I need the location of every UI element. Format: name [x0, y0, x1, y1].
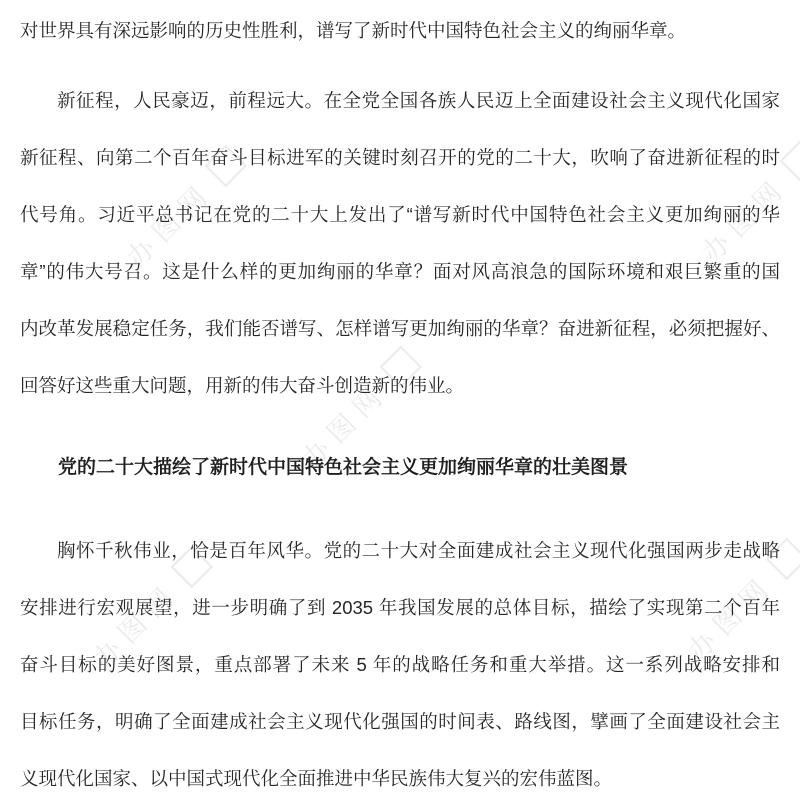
text-line: 胸怀千秋伟业，恰是百年风华。党的二十大对全面建成社会主义现代化强国两步走战略 [20, 522, 780, 579]
text-line: 目标任务，明确了全面建成社会主义现代化强国的时间表、路线图，擘画了全面建设社会主 [20, 693, 780, 750]
document-body: 对世界具有深远影响的历史性胜利，谱写了新时代中国特色社会主义的绚丽华章。 新征程… [0, 0, 800, 800]
text-line: 对世界具有深远影响的历史性胜利，谱写了新时代中国特色社会主义的绚丽华章。 [20, 2, 780, 59]
text-line: 义现代化国家、以中国式现代化全面推进中华民族伟大复兴的宏伟蓝图。 [20, 750, 780, 800]
text-line: 代号角。习近平总书记在党的二十大上发出了“谱写新时代中国特色社会主义更加绚丽的华 [20, 186, 780, 243]
text-line: 奋斗目标的美好图景，重点部署了未来 5 年的战略任务和重大举措。这一系列战略安排… [20, 636, 780, 693]
text-line: 内改革发展稳定任务，我们能否谱写、怎样谱写更加绚丽的华章？奋进新征程，必须把握好… [20, 300, 780, 357]
section-heading: 党的二十大描绘了新时代中国特色社会主义更加绚丽华章的壮美图景 [20, 439, 780, 496]
text-line: 新征程，人民豪迈，前程远大。在全党全国各族人民迈上全面建设社会主义现代化国家 [20, 72, 780, 129]
text-line: 新征程、向第二个百年奋斗目标进军的关键时刻召开的党的二十大，吹响了奋进新征程的时 [20, 129, 780, 186]
paragraph-continuation: 对世界具有深远影响的历史性胜利，谱写了新时代中国特色社会主义的绚丽华章。 [20, 2, 780, 59]
text-line: 回答好这些重大问题，用新的伟大奋斗创造新的伟业。 [20, 357, 780, 414]
text-line: 安排进行宏观展望，进一步明确了到 2035 年我国发展的总体目标，描绘了实现第二… [20, 579, 780, 636]
paragraph-new-journey: 新征程，人民豪迈，前程远大。在全党全国各族人民迈上全面建设社会主义现代化国家 新… [20, 72, 780, 414]
paragraph-grand-vision: 胸怀千秋伟业，恰是百年风华。党的二十大对全面建成社会主义现代化强国两步走战略 安… [20, 522, 780, 800]
text-line: 章”的伟大号召。这是什么样的更加绚丽的华章？面对风高浪急的国际环境和艰巨繁重的国 [20, 243, 780, 300]
document-page: 办图网 办图网 办图网 办图网 办图网 对世界具有深远影响的历史性胜利，谱写了新… [0, 0, 800, 800]
